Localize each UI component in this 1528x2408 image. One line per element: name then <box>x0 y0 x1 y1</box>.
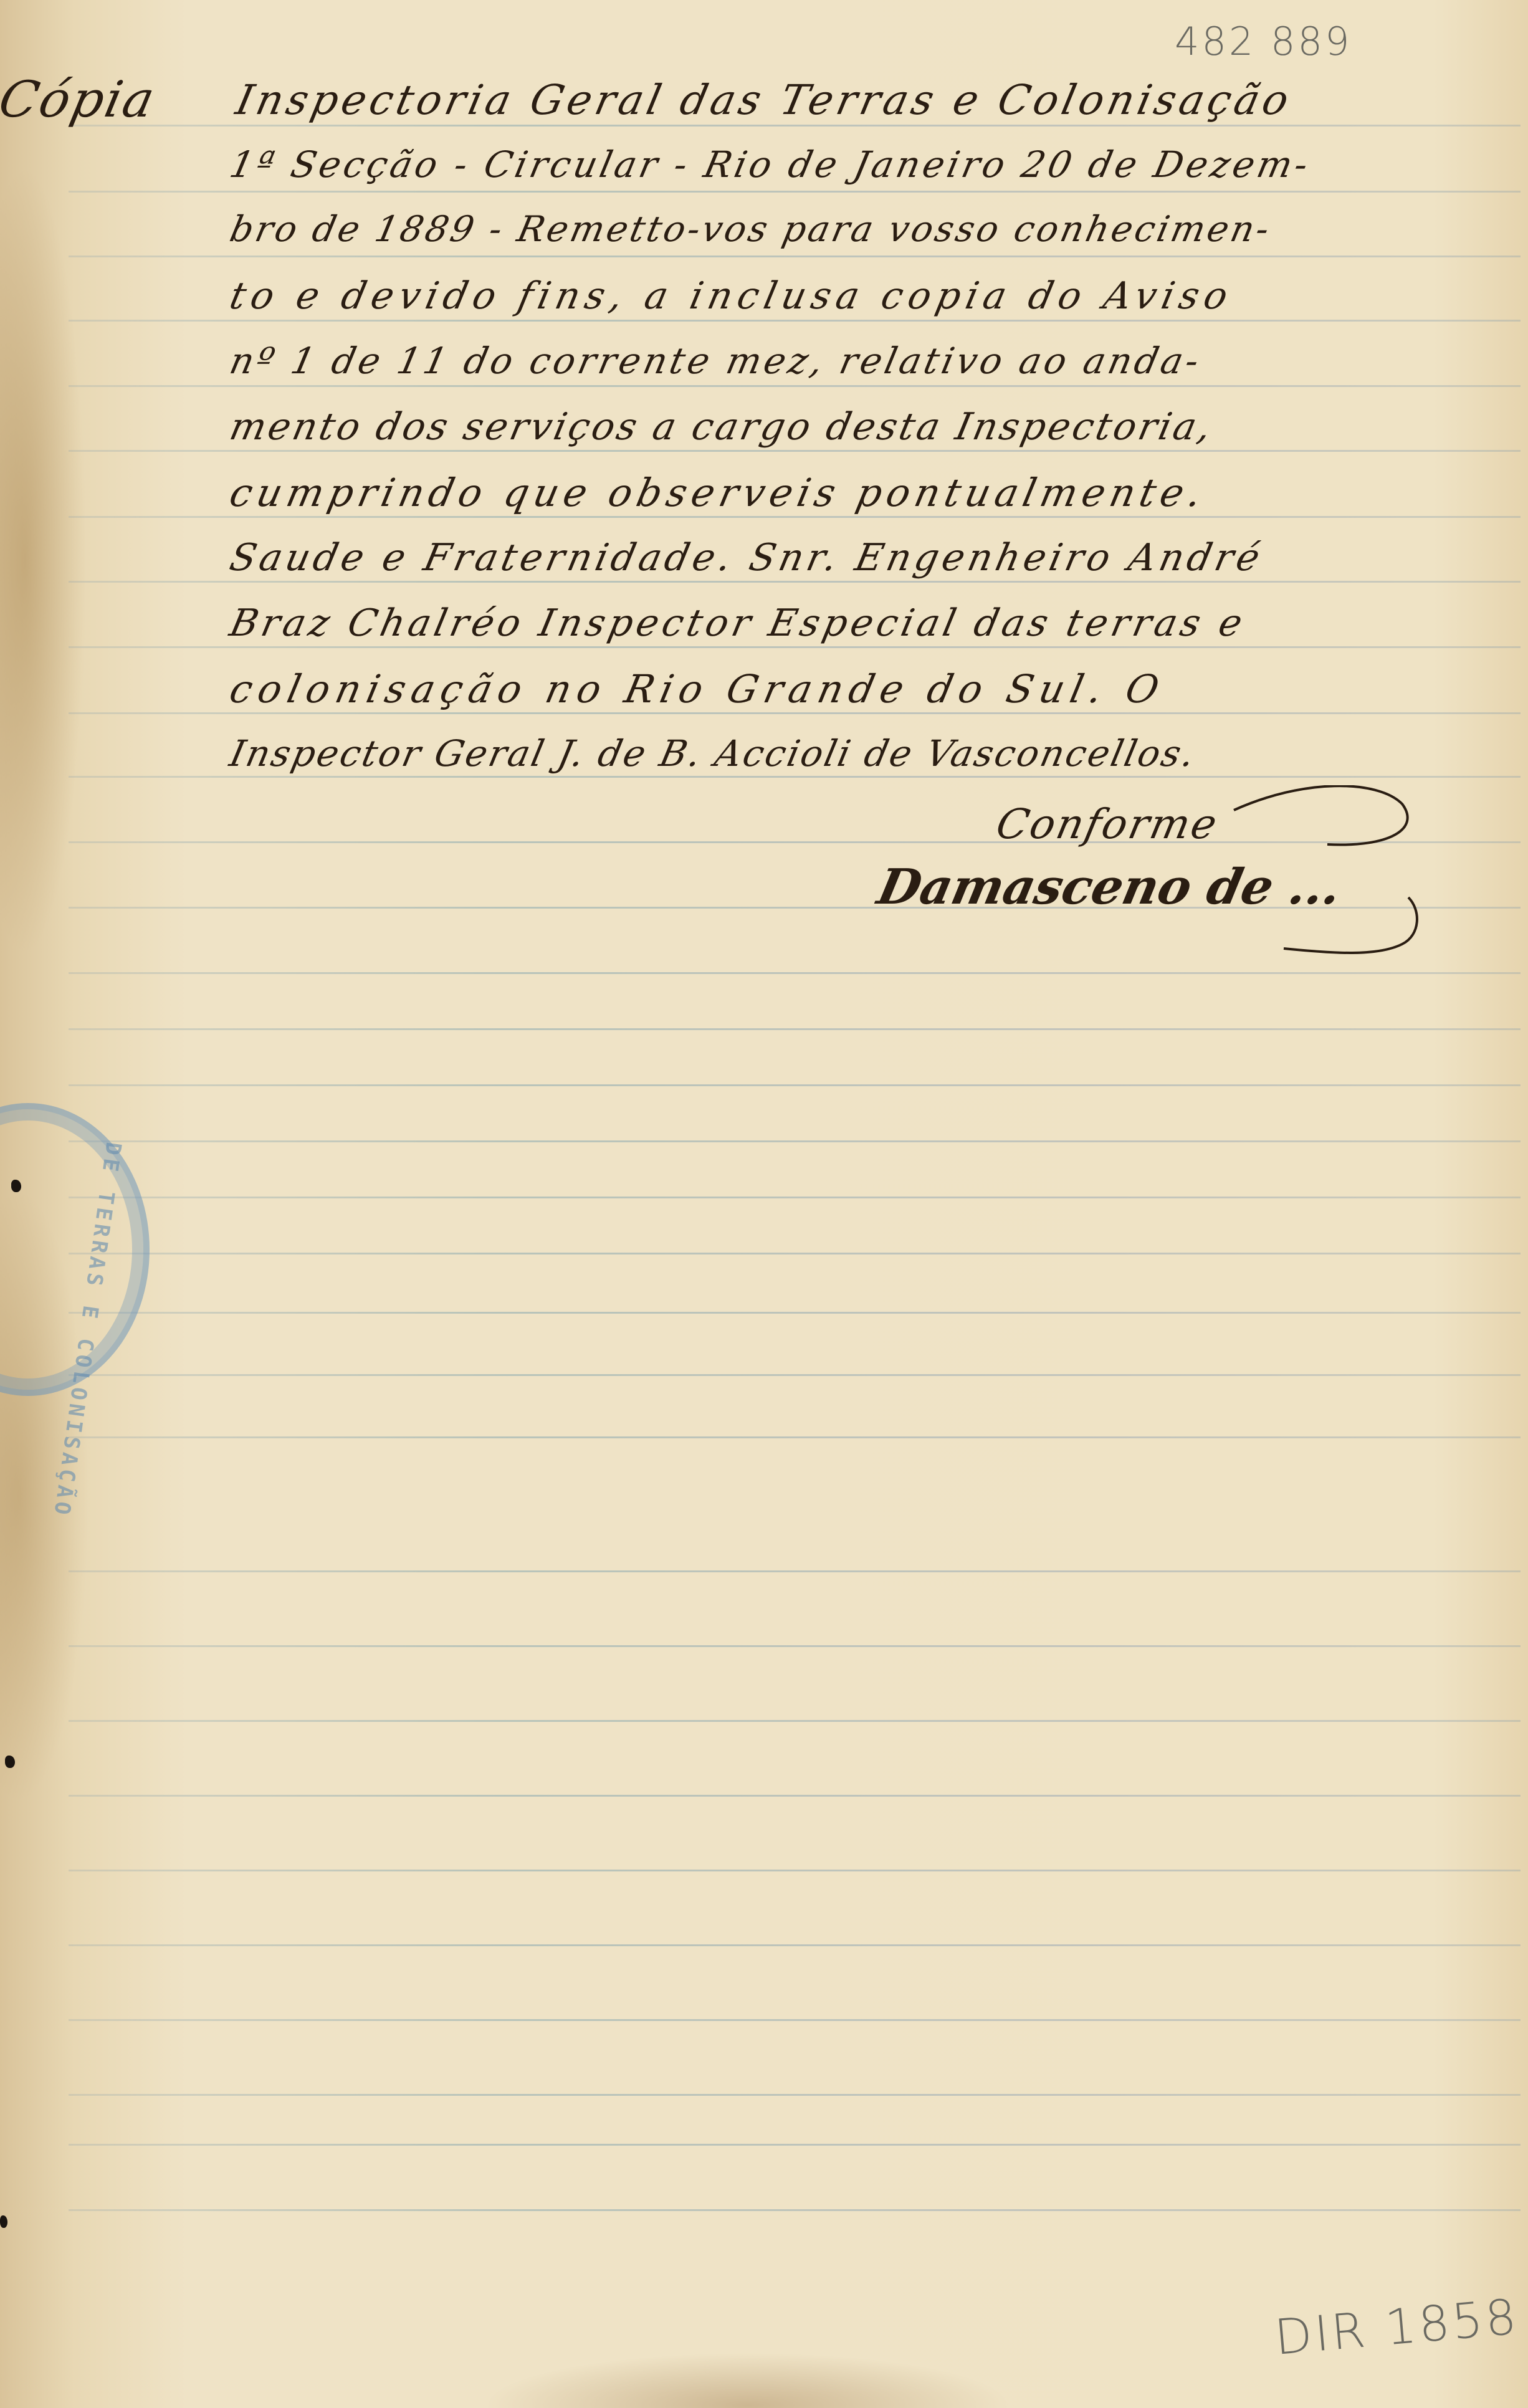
ruled-line <box>69 646 1521 648</box>
text-line-5: nº 1 de 11 do corrente mez, relativo ao … <box>227 343 1205 379</box>
ruled-line <box>69 2209 1521 2211</box>
ruled-line <box>69 1570 1521 1572</box>
text-line-9: Braz Chalréo Inspector Especial das terr… <box>227 604 1249 642</box>
ruled-line <box>69 2019 1521 2021</box>
ruled-line <box>69 2144 1521 2146</box>
text-line-7: cumprindo que observeis pontualmente. <box>226 474 1210 512</box>
ruled-line <box>69 1374 1521 1376</box>
text-line-6: mento dos serviços a cargo desta Inspect… <box>227 408 1217 446</box>
text-line-10: colonisação no Rio Grande do Sul. O <box>226 670 1168 709</box>
ruled-line <box>69 450 1521 452</box>
ruled-line <box>69 1436 1521 1438</box>
ruled-line <box>69 1084 1521 1086</box>
text-line-2: 1ª Secção - Circular - Rio de Janeiro 20… <box>227 146 1314 183</box>
document-page: 482 889 Cópia Inspectoria Geral das Terr… <box>0 0 1528 2408</box>
archive-number: 482 889 <box>1175 19 1352 64</box>
ruled-line <box>69 1944 1521 1946</box>
ruled-line <box>69 1140 1521 1142</box>
margin-label-copia: Cópia <box>0 75 160 125</box>
ruled-line <box>69 1197 1521 1198</box>
catalog-mark: DIR 1858 <box>1273 2289 1521 2366</box>
ruled-line <box>69 712 1521 714</box>
text-line-8: Saude e Fraternidade. Snr. Engenheiro An… <box>227 539 1267 576</box>
paper-hole <box>11 1180 21 1192</box>
text-line-4: to e devido fins, a inclusa copia do Avi… <box>227 277 1237 315</box>
ruled-line <box>69 516 1521 518</box>
ruled-line <box>69 1870 1521 1871</box>
paper-hole <box>0 2215 7 2228</box>
ruled-line <box>69 972 1521 974</box>
text-line-11: Inspector Geral J. de B. Accioli de Vasc… <box>227 735 1200 772</box>
paper-hole <box>5 1756 15 1768</box>
ruled-line <box>69 1645 1521 1647</box>
ruled-line <box>69 125 1521 127</box>
ruled-line <box>69 1795 1521 1797</box>
text-line-1: Inspectoria Geral das Terras e Colonisaç… <box>232 80 1296 121</box>
ruled-line <box>69 1028 1521 1030</box>
ruled-line <box>69 2094 1521 2096</box>
closing-conforme: Conforme <box>993 804 1222 845</box>
ruled-line <box>69 385 1521 387</box>
ruled-line <box>69 776 1521 778</box>
ruled-line <box>69 191 1521 193</box>
ruled-line <box>69 581 1521 583</box>
text-line-3: bro de 1889 - Remetto-vos para vosso con… <box>227 212 1274 247</box>
ruled-line <box>69 1253 1521 1254</box>
ruled-line <box>69 256 1521 257</box>
ruled-line <box>69 1720 1521 1722</box>
ruled-line <box>69 1312 1521 1314</box>
signature-flourish-icon <box>1215 785 1477 972</box>
ruled-line <box>69 320 1521 322</box>
